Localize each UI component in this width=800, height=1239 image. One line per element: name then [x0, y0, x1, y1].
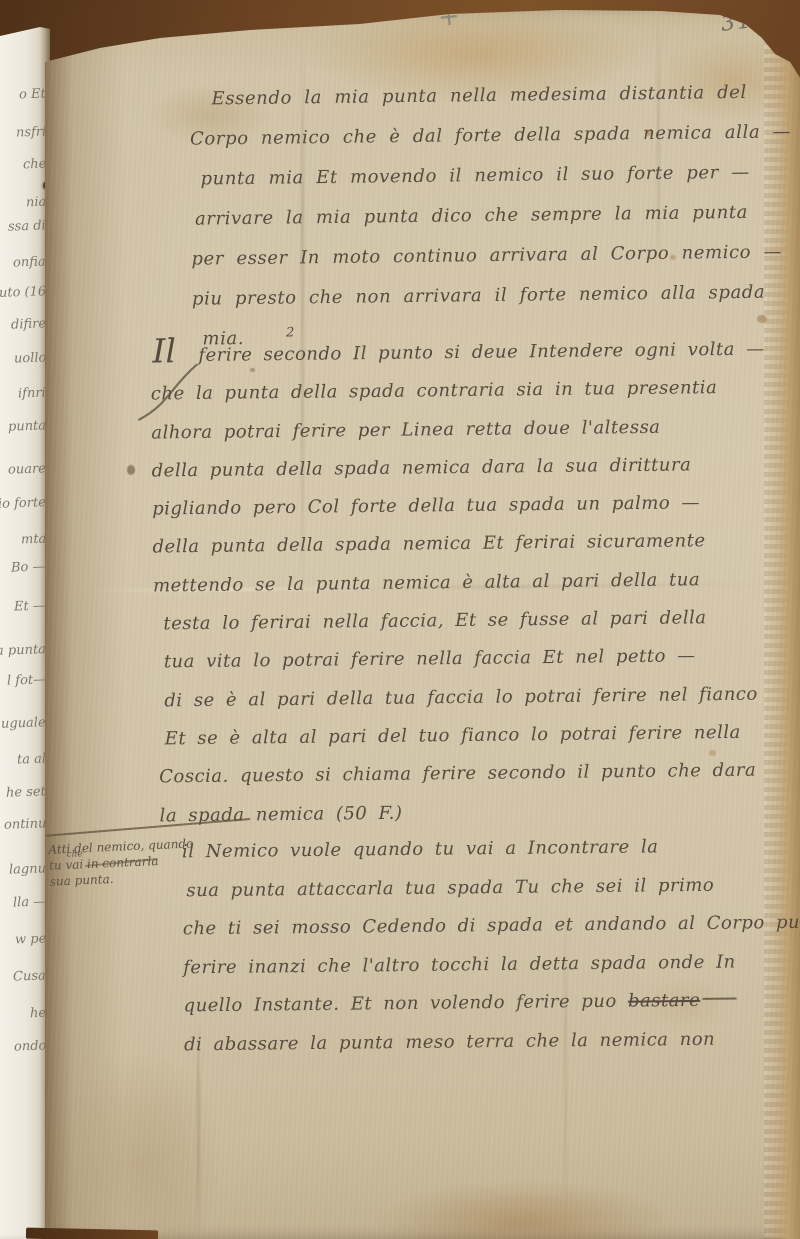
gutter-text-fragment: uguale	[1, 716, 46, 731]
text-line: di abassare la punta meso terra che la n…	[184, 1020, 800, 1065]
gutter-text-fragment: ondo	[13, 1039, 46, 1053]
text-line-body: ferire secondo Il punto si deue Intender…	[198, 339, 764, 366]
pencil-cross-mark: +	[436, 1, 461, 33]
gutter-text-fragment: lla —	[13, 895, 47, 909]
gutter-text-fragment: l fot—	[7, 673, 47, 687]
gutter-text-fragment: he set	[6, 785, 46, 799]
gutter-text-fragment: difire	[11, 317, 46, 331]
gutter-text-fragment: o Et	[19, 88, 46, 102]
paragraph-3: il Nemico vuole quando tu vai a Incontra…	[182, 827, 800, 1065]
gutter-text-fragment: ssa di	[8, 219, 46, 233]
margin-note-insertion: che	[66, 850, 83, 860]
gutter-text-fragment: Bo —	[11, 560, 46, 574]
gutter-text-fragment: ontinu	[3, 817, 46, 831]
struck-word: bastare	[628, 990, 700, 1012]
text-line: che ti sei mosso Cedendo di spada et and…	[183, 904, 800, 949]
gutter-text-fragment: Cusa	[13, 969, 46, 983]
facing-page-edge: o Et nsfri che nia ssa di onfia uto (16 …	[0, 0, 50, 1239]
gutter-text-fragment: ouare	[8, 462, 46, 476]
manuscript-page: + 31 Essendo la mia punta nella medesima…	[45, 0, 800, 1239]
gutter-text-fragment: ta al	[17, 752, 46, 766]
gutter-text-fragment: mta	[20, 533, 46, 547]
wood-table-bottom-sliver	[26, 1228, 158, 1239]
strike-flourish	[702, 998, 736, 1000]
paragraph-1: Essendo la mia punta nella medesima dist…	[189, 72, 794, 361]
gutter-text-fragment: a punta	[0, 643, 46, 658]
gutter-text-fragment: he	[30, 1007, 47, 1021]
gutter-text-fragment: w pe	[15, 932, 47, 946]
ink-blot	[127, 465, 135, 475]
gutter-text-fragment: uto (16	[0, 285, 46, 300]
gutter-text-fragment: ifnri	[18, 387, 46, 401]
text-line-body: quello Instante. Et non volendo ferire p…	[184, 991, 629, 1017]
gutter-text-fragment: nsfri	[16, 125, 47, 139]
gutter-text-fragment: lagnu	[9, 862, 46, 876]
text-line: il Nemico vuole quando tu vai a Incontra…	[182, 827, 800, 872]
text-line: ferire inanzi che l'altro tocchi la dett…	[183, 942, 800, 987]
paragraph-2: Ilferire secondo Il punto si deue Intend…	[150, 331, 770, 836]
gutter-text-fragment: che	[22, 158, 46, 172]
gutter-text-fragment: punta	[8, 419, 46, 433]
text-line: Essendo la mia punta nella medesima dist…	[211, 72, 791, 119]
manuscript-photo: o Et nsfri che nia ssa di onfia uto (16 …	[0, 0, 800, 1239]
margin-note: Atti del nemico, quando che tu vai in co…	[48, 834, 220, 889]
gutter-text-fragment: io forte	[0, 496, 46, 511]
text-line: quello Instante. Et non volendo ferire p…	[183, 981, 800, 1026]
gutter-text-fragment: nia	[25, 196, 46, 210]
folio-number: 31	[720, 8, 755, 37]
gutter-text-fragment: onfia	[13, 255, 46, 269]
text-line: sua punta attaccarla tua spada Tu che se…	[186, 865, 800, 910]
gutter-text-fragment: Et —	[14, 599, 46, 613]
gutter-text-fragment: uollo	[13, 351, 46, 365]
